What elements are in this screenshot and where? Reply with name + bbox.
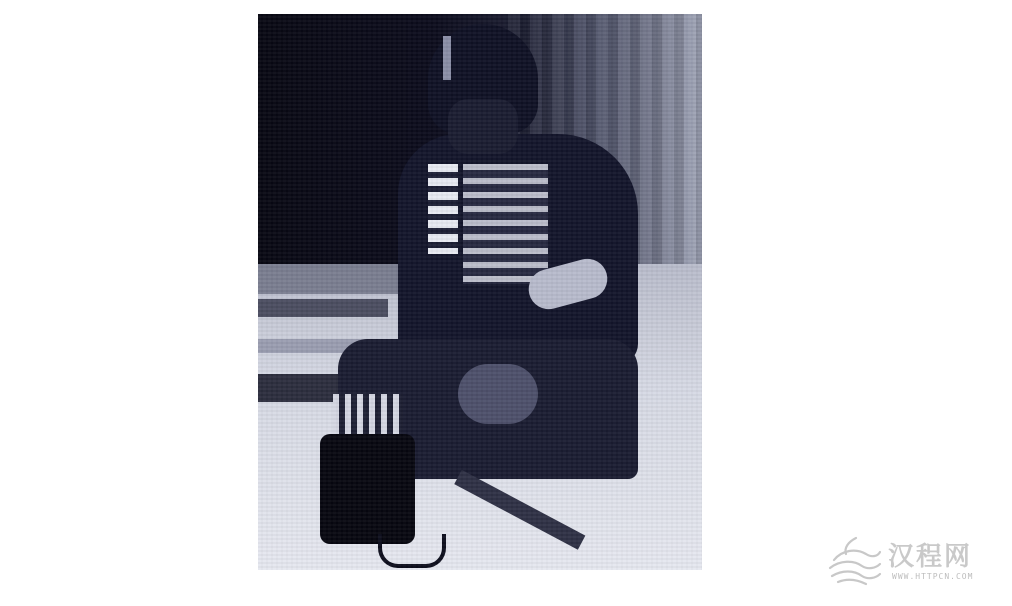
face-mask: [448, 99, 518, 154]
watermark-title: 汉程网: [888, 536, 972, 573]
watermark: 汉程网 WWW.HTTPCN.COM: [826, 530, 996, 590]
shoulder-guard: [428, 164, 458, 254]
watermark-url: WWW.HTTPCN.COM: [892, 572, 973, 581]
lap-highlight: [458, 364, 538, 424]
shin-guard-band: [333, 394, 403, 434]
sandal: [378, 534, 446, 568]
floor-plank: [258, 264, 408, 294]
dragon-wave-logo-icon: [826, 534, 884, 586]
samurai-photograph: [258, 14, 702, 570]
floor-plank: [258, 299, 388, 317]
chest-armor-lamellae: [463, 164, 548, 284]
helmet-crest: [443, 36, 451, 80]
floor-plank: [258, 374, 338, 402]
leg-guard: [320, 434, 415, 544]
